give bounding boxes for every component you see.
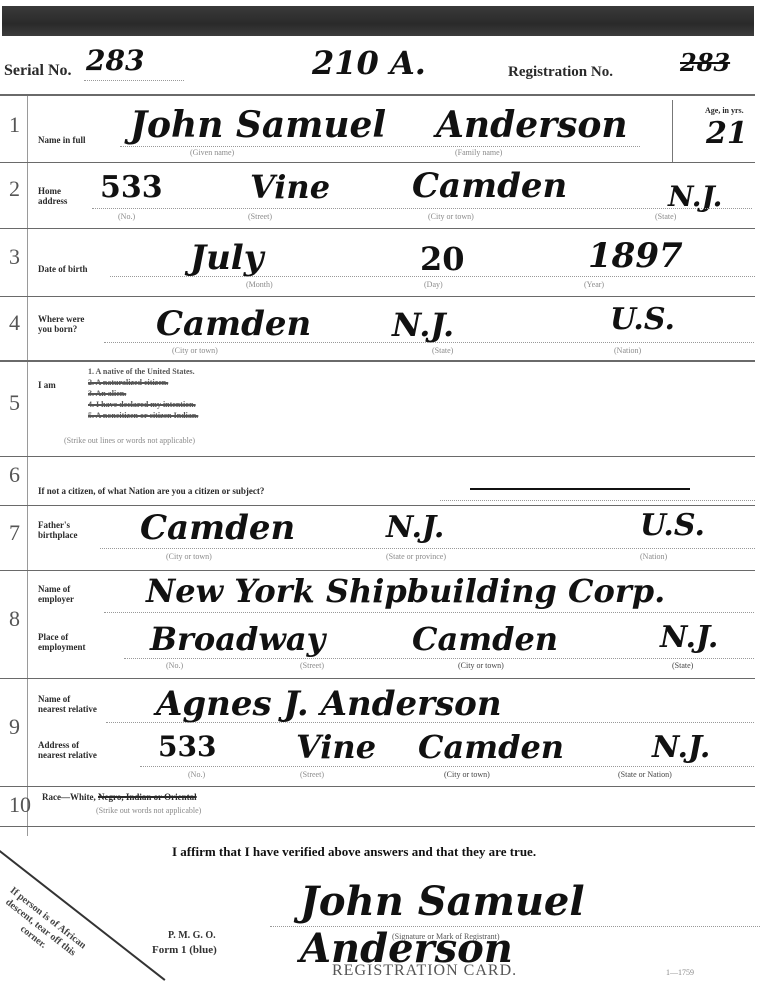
affirmation: I affirm that I have verified above answ… bbox=[172, 844, 536, 860]
race-note: (Strike out words not applicable) bbox=[96, 806, 201, 815]
caption: (Month) bbox=[246, 280, 273, 289]
caption: (State or province) bbox=[386, 552, 446, 561]
divider bbox=[0, 360, 755, 362]
employment-state: N.J. bbox=[660, 620, 718, 655]
serial-underline bbox=[84, 80, 184, 81]
relative-city: Camden bbox=[418, 728, 564, 766]
row-number: 10 bbox=[9, 792, 31, 818]
strike-note: (Strike out lines or words not applicabl… bbox=[64, 436, 195, 445]
divider bbox=[0, 570, 755, 571]
home-address-label: Home address bbox=[38, 186, 88, 206]
status-label: I am bbox=[38, 380, 56, 390]
row-number: 5 bbox=[9, 390, 20, 416]
serial-value: 283 bbox=[86, 44, 144, 77]
family-caption: (Family name) bbox=[455, 148, 502, 157]
birth-nation: U.S. bbox=[610, 302, 675, 337]
employment-street: Broadway bbox=[150, 620, 325, 658]
signature-underline bbox=[270, 926, 760, 927]
tear-off-note: If person is of African descent, tear of… bbox=[0, 880, 95, 976]
age-value: 21 bbox=[706, 116, 748, 151]
form-agency: P. M. G. O. bbox=[168, 930, 216, 941]
option-declared: 4. I have declared my intention. bbox=[88, 399, 198, 410]
relative-underline bbox=[106, 722, 754, 723]
row-number-rule bbox=[27, 96, 28, 836]
given-caption: (Given name) bbox=[190, 148, 234, 157]
race-line: Race—White, Negro, Indian or Oriental bbox=[42, 792, 197, 802]
divider bbox=[0, 505, 755, 506]
caption: (No.) bbox=[188, 770, 205, 779]
option-native: 1. A native of the United States. bbox=[88, 366, 198, 377]
caption: (City or town) bbox=[458, 661, 504, 670]
divider bbox=[0, 786, 755, 787]
age-divider bbox=[672, 100, 673, 162]
caption: (City or town) bbox=[166, 552, 212, 561]
given-name: John Samuel bbox=[130, 104, 386, 146]
father-birthplace-label: Father's birthplace bbox=[38, 520, 88, 540]
caption: (No.) bbox=[166, 661, 183, 670]
registrant-signature: John Samuel Anderson bbox=[300, 878, 777, 972]
race-struck: Negro, Indian or Oriental bbox=[98, 792, 197, 802]
caption: (Street) bbox=[248, 212, 272, 221]
card-top-border bbox=[2, 6, 754, 36]
father-state: N.J. bbox=[386, 510, 444, 545]
employment-underline bbox=[124, 658, 754, 659]
father-underline bbox=[100, 548, 755, 549]
name-label: Name in full bbox=[38, 135, 86, 145]
divider bbox=[0, 826, 755, 827]
father-nation: U.S. bbox=[640, 508, 705, 543]
relative-address-label: Address of nearest relative bbox=[38, 740, 108, 760]
dob-underline bbox=[110, 276, 755, 277]
row-number: 8 bbox=[9, 606, 20, 632]
nation-dash bbox=[470, 488, 690, 490]
caption: (State) bbox=[655, 212, 676, 221]
caption: (City or town) bbox=[444, 770, 490, 779]
birth-city: Camden bbox=[156, 304, 311, 344]
serial-label: Serial No. bbox=[4, 62, 72, 80]
relative-name: Agnes J. Anderson bbox=[156, 684, 502, 724]
card-title: REGISTRATION CARD. bbox=[332, 962, 517, 980]
divider bbox=[0, 162, 755, 163]
option-alien: 3. An alien. bbox=[88, 388, 198, 399]
caption: (State) bbox=[672, 661, 693, 670]
registration-label: Registration No. bbox=[508, 64, 613, 81]
caption: (Day) bbox=[424, 280, 443, 289]
caption: (City or town) bbox=[172, 346, 218, 355]
address-underline bbox=[92, 208, 752, 209]
row-number: 1 bbox=[9, 112, 20, 138]
option-naturalized: 2. A naturalized citizen. bbox=[88, 377, 198, 388]
family-name: Anderson bbox=[436, 104, 628, 146]
race-white: Race—White, bbox=[42, 792, 96, 802]
form-number: Form 1 (blue) bbox=[152, 944, 217, 956]
employer-name: New York Shipbuilding Corp. bbox=[146, 572, 665, 610]
relative-address-underline bbox=[140, 766, 754, 767]
caption: (State or Nation) bbox=[618, 770, 672, 779]
relative-label: Name of nearest relative bbox=[38, 694, 100, 714]
employment-city: Camden bbox=[412, 620, 558, 658]
option-noncitizen: 5. A noncitizen or citizen Indian. bbox=[88, 410, 198, 421]
home-street: Vine bbox=[250, 168, 330, 206]
nation-question: If not a citizen, of what Nation are you… bbox=[38, 486, 264, 496]
nation-underline bbox=[440, 500, 755, 501]
row-number: 6 bbox=[9, 462, 20, 488]
order-number: 210 A. bbox=[312, 44, 426, 82]
caption: (State) bbox=[432, 346, 453, 355]
row-number: 7 bbox=[9, 520, 20, 546]
birth-state: N.J. bbox=[392, 306, 454, 344]
row-number: 2 bbox=[9, 176, 20, 202]
dob-label: Date of birth bbox=[38, 264, 88, 274]
registration-value: 283 bbox=[680, 48, 730, 77]
dob-year: 1897 bbox=[588, 236, 683, 276]
divider bbox=[0, 296, 755, 297]
row-number: 4 bbox=[9, 310, 20, 336]
caption: (Year) bbox=[584, 280, 604, 289]
name-underline bbox=[120, 146, 640, 147]
caption: (No.) bbox=[118, 212, 135, 221]
row-number: 9 bbox=[9, 714, 20, 740]
relative-street: Vine bbox=[296, 728, 376, 766]
employer-underline bbox=[104, 612, 754, 613]
father-city: Camden bbox=[140, 508, 295, 548]
birthplace-underline bbox=[104, 342, 754, 343]
home-number: 533 bbox=[100, 170, 163, 205]
print-code: 1—1759 bbox=[666, 968, 694, 977]
divider bbox=[0, 456, 755, 457]
home-city: Camden bbox=[412, 166, 567, 206]
caption: (Street) bbox=[300, 661, 324, 670]
divider bbox=[0, 228, 755, 229]
divider bbox=[0, 678, 755, 679]
citizenship-options: 1. A native of the United States. 2. A n… bbox=[88, 366, 198, 421]
caption: (City or town) bbox=[428, 212, 474, 221]
dob-month: July bbox=[190, 238, 263, 278]
caption: (Nation) bbox=[640, 552, 667, 561]
relative-number: 533 bbox=[158, 730, 216, 763]
signature-caption: (Signature or Mark of Registrant) bbox=[392, 932, 500, 941]
divider bbox=[0, 94, 755, 96]
caption: (Street) bbox=[300, 770, 324, 779]
caption: (Nation) bbox=[614, 346, 641, 355]
employment-place-label: Place of employment bbox=[38, 632, 108, 652]
birthplace-label: Where were you born? bbox=[38, 314, 94, 334]
row-number: 3 bbox=[9, 244, 20, 270]
relative-state: N.J. bbox=[652, 730, 710, 765]
employer-label: Name of employer bbox=[38, 584, 90, 604]
dob-day: 20 bbox=[420, 240, 465, 278]
age-label: Age, in yrs. bbox=[705, 106, 744, 116]
